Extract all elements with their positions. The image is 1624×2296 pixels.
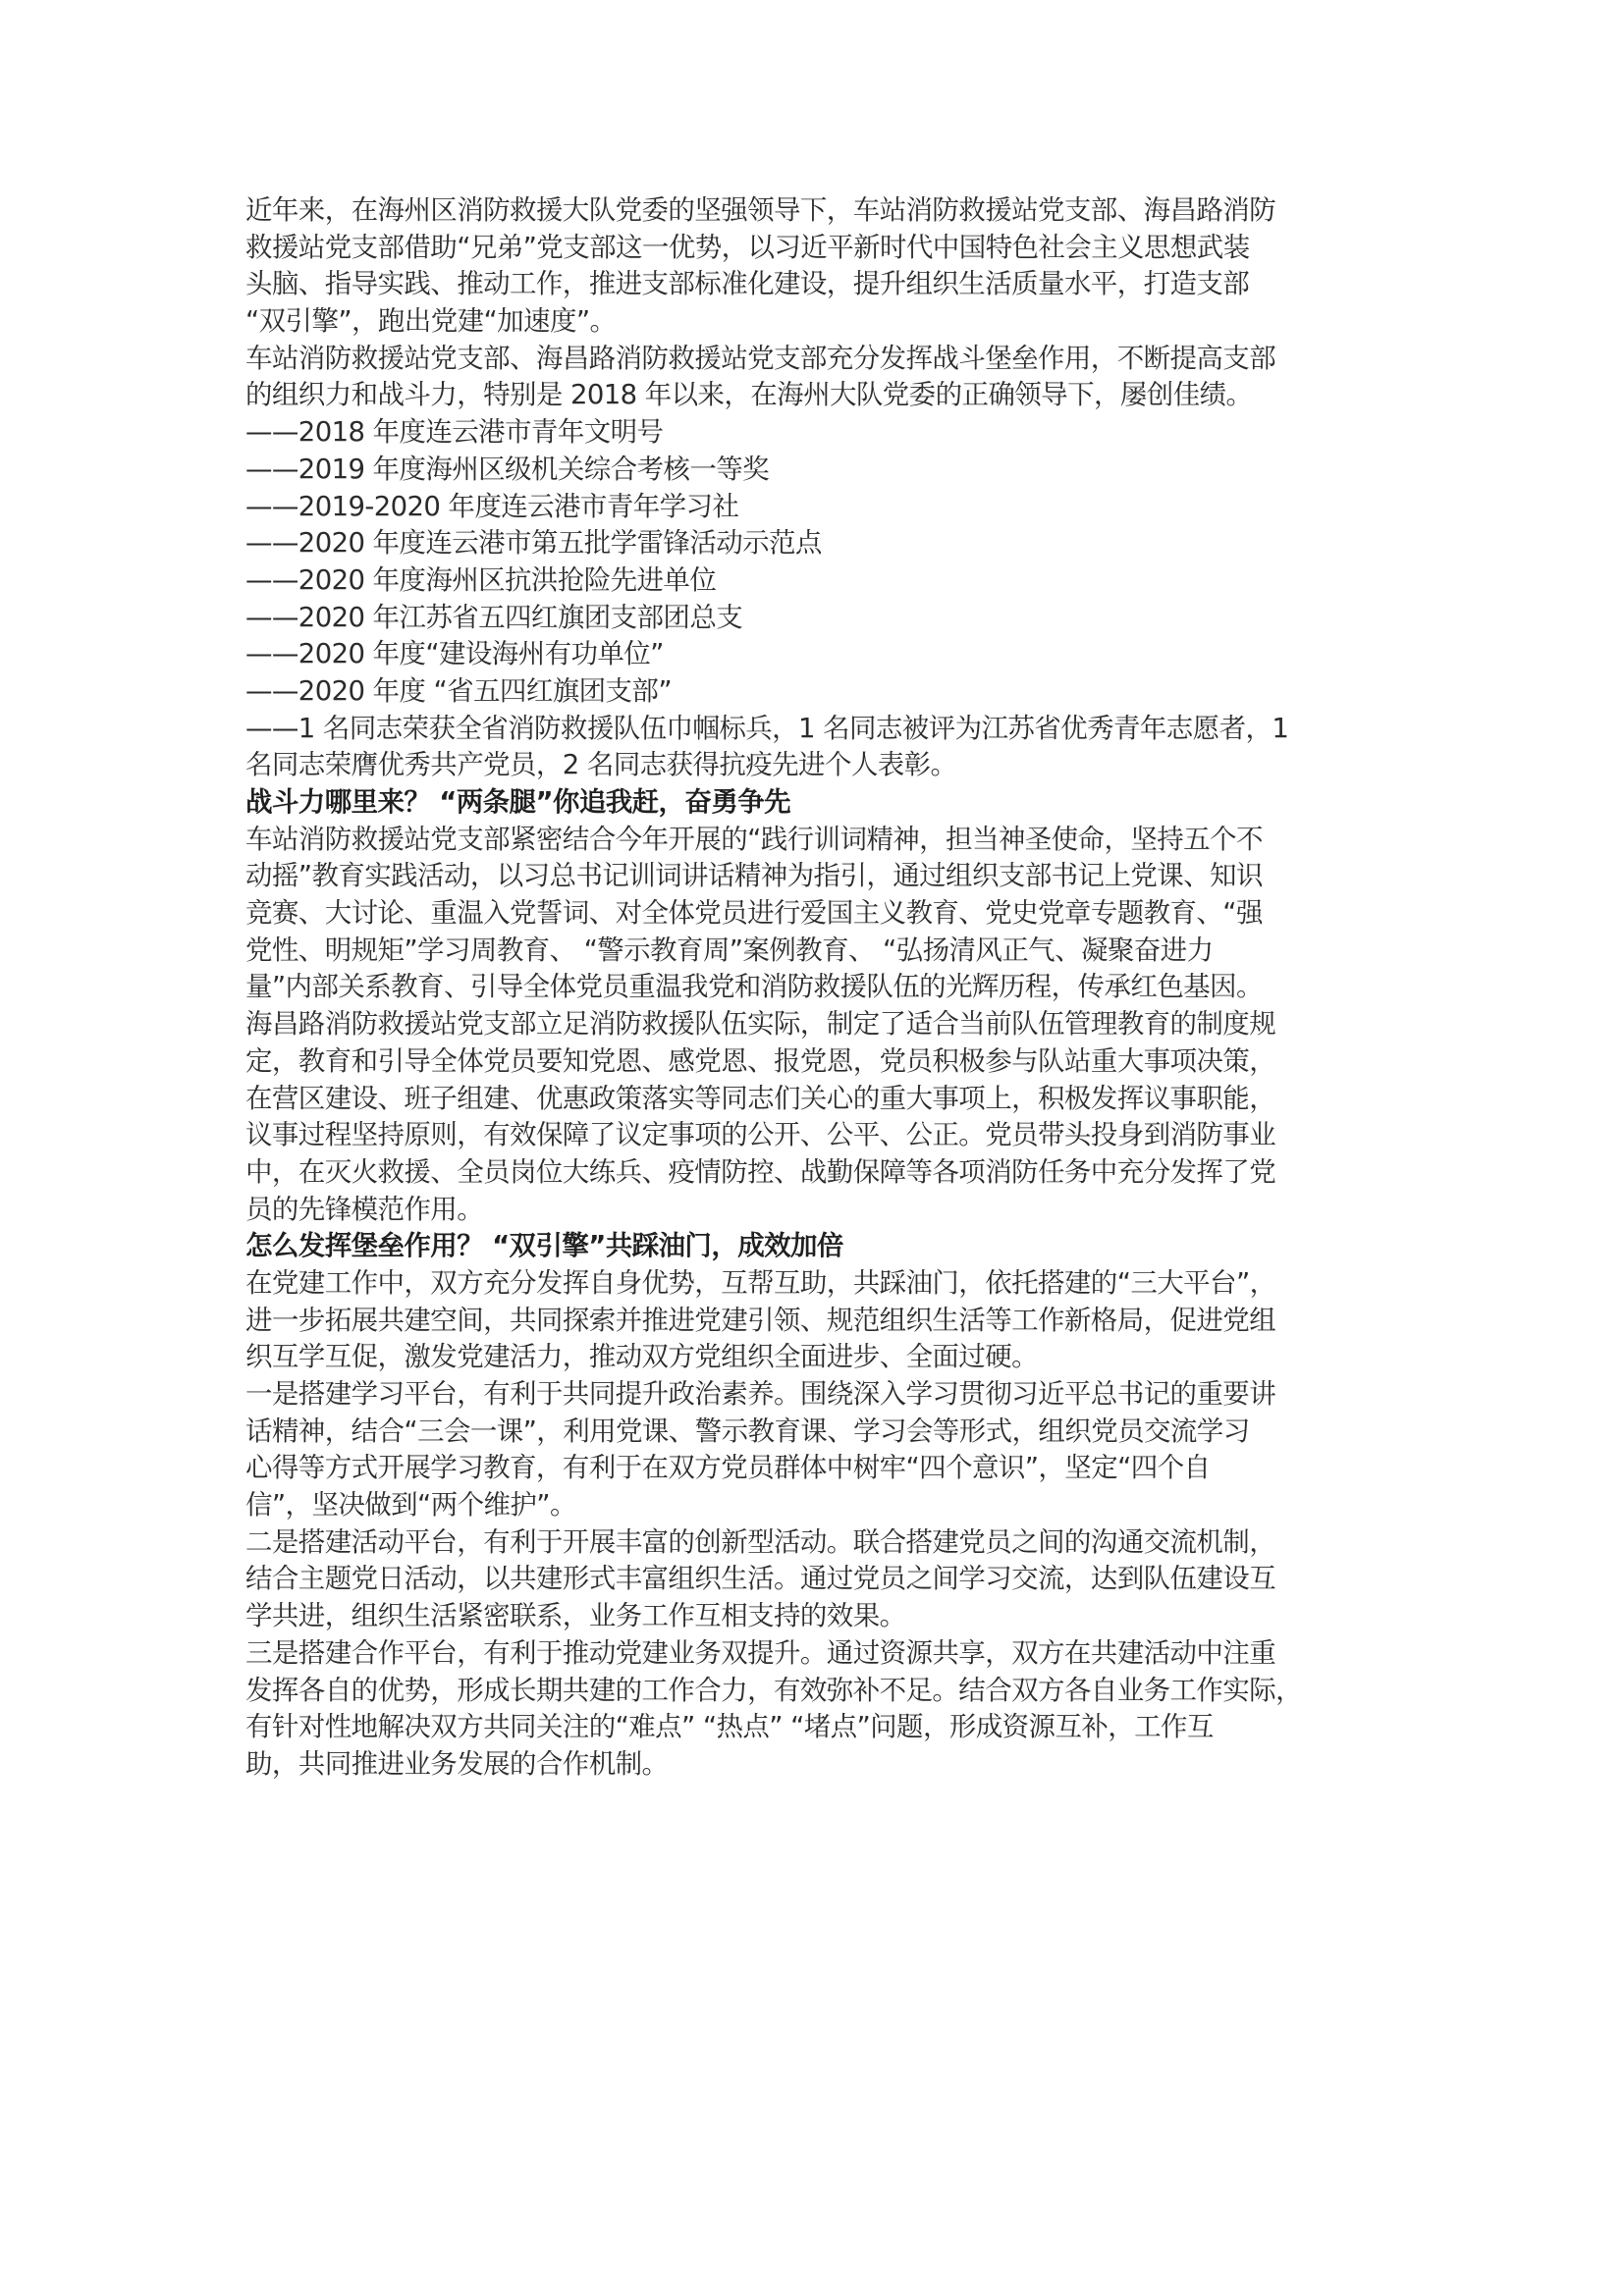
intro-paragraph: 近年来，在海州区消防救援大队党委的坚强领导下，车站消防救援站党支部、海昌路消防 … — [245, 192, 1394, 341]
text-line: 员的先锋模范作用。 — [245, 1192, 1394, 1229]
achievement-item: ——2020 年度海州区抗洪抢险先进单位 — [245, 562, 1394, 600]
achievements-list: ——2018 年度连云港市青年文明号 ——2019 年度海州区级机关综合考核一等… — [245, 414, 1394, 711]
text-line: 名同志荣膺优秀共产党员，2 名同志获得抗疫先进个人表彰。 — [245, 747, 1394, 784]
text-line: 动摇”教育实践活动，以习总书记训词讲话精神为指引，通过组织支部书记上党课、知识 — [245, 858, 1394, 895]
achievement-item: ——2020 年度 “省五四红旗团支部” — [245, 673, 1394, 711]
achievements-intro-paragraph: 车站消防救援站党支部、海昌路消防救援站党支部充分发挥战斗堡垒作用，不断提高支部 … — [245, 341, 1394, 414]
section-heading-fortress-role: 怎么发挥堡垒作用？ “双引擎”共踩油门，成效加倍 — [245, 1228, 1394, 1265]
text-line: ——1 名同志荣获全省消防救援队伍巾帼标兵，1 名同志被评为江苏省优秀青年志愿者… — [245, 711, 1394, 748]
text-line: 信”，坚决做到“两个维护”。 — [245, 1487, 1394, 1524]
document-page: 近年来，在海州区消防救援大队党委的坚强领导下，车站消防救援站党支部、海昌路消防 … — [245, 192, 1394, 1784]
text-line: 议事过程坚持原则，有效保障了议定事项的公开、公平、公正。党员带头投身到消防事业 — [245, 1117, 1394, 1154]
text-line: 三是搭建合作平台，有利于推动党建业务双提升。通过资源共享，双方在共建活动中注重 — [245, 1635, 1394, 1673]
text-line: 结合主题党日活动，以共建形式丰富组织生活。通过党员之间学习交流，达到队伍建设互 — [245, 1561, 1394, 1598]
text-line: 党性、明规矩”学习周教育、 “警示教育周”案例教育、 “弘扬清风正气、凝聚奋进力 — [245, 933, 1394, 970]
text-line: 有针对性地解决双方共同关注的“难点” “热点” “堵点”问题，形成资源互补，工作… — [245, 1709, 1394, 1746]
achievement-item: ——2018 年度连云港市青年文明号 — [245, 414, 1394, 452]
text-line: 一是搭建学习平台，有利于共同提升政治素养。围绕深入学习贯彻习近平总书记的重要讲 — [245, 1376, 1394, 1414]
text-line: 心得等方式开展学习教育，有利于在双方党员群体中树牢“四个意识”，坚定“四个自 — [245, 1450, 1394, 1487]
text-line: 中，在灭火救援、全员岗位大练兵、疫情防控、战勤保障等各项消防任务中充分发挥了党 — [245, 1154, 1394, 1192]
text-line: 近年来，在海州区消防救援大队党委的坚强领导下，车站消防救援站党支部、海昌路消防 — [245, 192, 1394, 230]
individual-honors-paragraph: ——1 名同志荣获全省消防救援队伍巾帼标兵，1 名同志被评为江苏省优秀青年志愿者… — [245, 711, 1394, 784]
text-line: 海昌路消防救援站党支部立足消防救援队伍实际，制定了适合当前队伍管理教育的制度规 — [245, 1006, 1394, 1043]
cooperation-platform-paragraph: 三是搭建合作平台，有利于推动党建业务双提升。通过资源共享，双方在共建活动中注重 … — [245, 1635, 1394, 1784]
text-line: 车站消防救援站党支部、海昌路消防救援站党支部充分发挥战斗堡垒作用，不断提高支部 — [245, 341, 1394, 378]
text-line: 织互学互促，激发党建活力，推动双方党组织全面进步、全面过硬。 — [245, 1339, 1394, 1376]
achievement-item: ——2020 年度连云港市第五批学雷锋活动示范点 — [245, 525, 1394, 562]
activity-platform-paragraph: 二是搭建活动平台，有利于开展丰富的创新型活动。联合搭建党员之间的沟通交流机制， … — [245, 1524, 1394, 1635]
text-line: 救援站党支部借助“兄弟”党支部这一优势，以习近平新时代中国特色社会主义思想武装 — [245, 230, 1394, 267]
achievement-item: ——2020 年江苏省五四红旗团支部团总支 — [245, 600, 1394, 637]
achievement-item: ——2020 年度“建设海州有功单位” — [245, 636, 1394, 673]
text-line: 量”内部关系教育、引导全体党员重温我党和消防救援队伍的光辉历程，传承红色基因。 — [245, 969, 1394, 1006]
text-line: 二是搭建活动平台，有利于开展丰富的创新型活动。联合搭建党员之间的沟通交流机制， — [245, 1524, 1394, 1562]
text-line: 竞赛、大讨论、重温入党誓词、对全体党员进行爱国主义教育、党史党章专题教育、“强 — [245, 895, 1394, 933]
text-line: 车站消防救援站党支部紧密结合今年开展的“践行训词精神，担当神圣使命，坚持五个不 — [245, 822, 1394, 859]
text-line: 学共进，组织生活紧密联系，业务工作互相支持的效果。 — [245, 1598, 1394, 1635]
text-line: 定，教育和引导全体党员要知党恩、感党恩、报党恩，党员积极参与队站重大事项决策， — [245, 1043, 1394, 1081]
text-line: 助，共同推进业务发展的合作机制。 — [245, 1746, 1394, 1784]
haichang-branch-paragraph: 海昌路消防救援站党支部立足消防救援队伍实际，制定了适合当前队伍管理教育的制度规 … — [245, 1006, 1394, 1228]
text-line: 发挥各自的优势，形成长期共建的工作合力，有效弥补不足。结合双方各自业务工作实际， — [245, 1673, 1394, 1710]
text-line: 在党建工作中，双方充分发挥自身优势，互帮互助，共踩油门，依托搭建的“三大平台”， — [245, 1265, 1394, 1303]
section-heading-combat-power: 战斗力哪里来？ “两条腿”你追我赶，奋勇争先 — [245, 784, 1394, 822]
text-line: 进一步拓展共建空间，共同探索并推进党建引领、规范组织生活等工作新格局，促进党组 — [245, 1303, 1394, 1340]
party-building-paragraph: 在党建工作中，双方充分发挥自身优势，互帮互助，共踩油门，依托搭建的“三大平台”，… — [245, 1265, 1394, 1376]
text-line: 的组织力和战斗力，特别是 2018 年以来，在海州大队党委的正确领导下，屡创佳绩… — [245, 377, 1394, 414]
chezhan-branch-paragraph: 车站消防救援站党支部紧密结合今年开展的“践行训词精神，担当神圣使命，坚持五个不 … — [245, 822, 1394, 1006]
learning-platform-paragraph: 一是搭建学习平台，有利于共同提升政治素养。围绕深入学习贯彻习近平总书记的重要讲 … — [245, 1376, 1394, 1524]
achievement-item: ——2019 年度海州区级机关综合考核一等奖 — [245, 452, 1394, 489]
text-line: 头脑、指导实践、推动工作，推进支部标准化建设，提升组织生活质量水平，打造支部 — [245, 266, 1394, 303]
achievement-item: ——2019-2020 年度连云港市青年学习社 — [245, 489, 1394, 526]
text-line: “双引擎”，跑出党建“加速度”。 — [245, 303, 1394, 341]
text-line: 话精神，结合“三会一课”，利用党课、警示教育课、学习会等形式，组织党员交流学习 — [245, 1414, 1394, 1451]
text-line: 在营区建设、班子组建、优惠政策落实等同志们关心的重大事项上，积极发挥议事职能， — [245, 1081, 1394, 1118]
